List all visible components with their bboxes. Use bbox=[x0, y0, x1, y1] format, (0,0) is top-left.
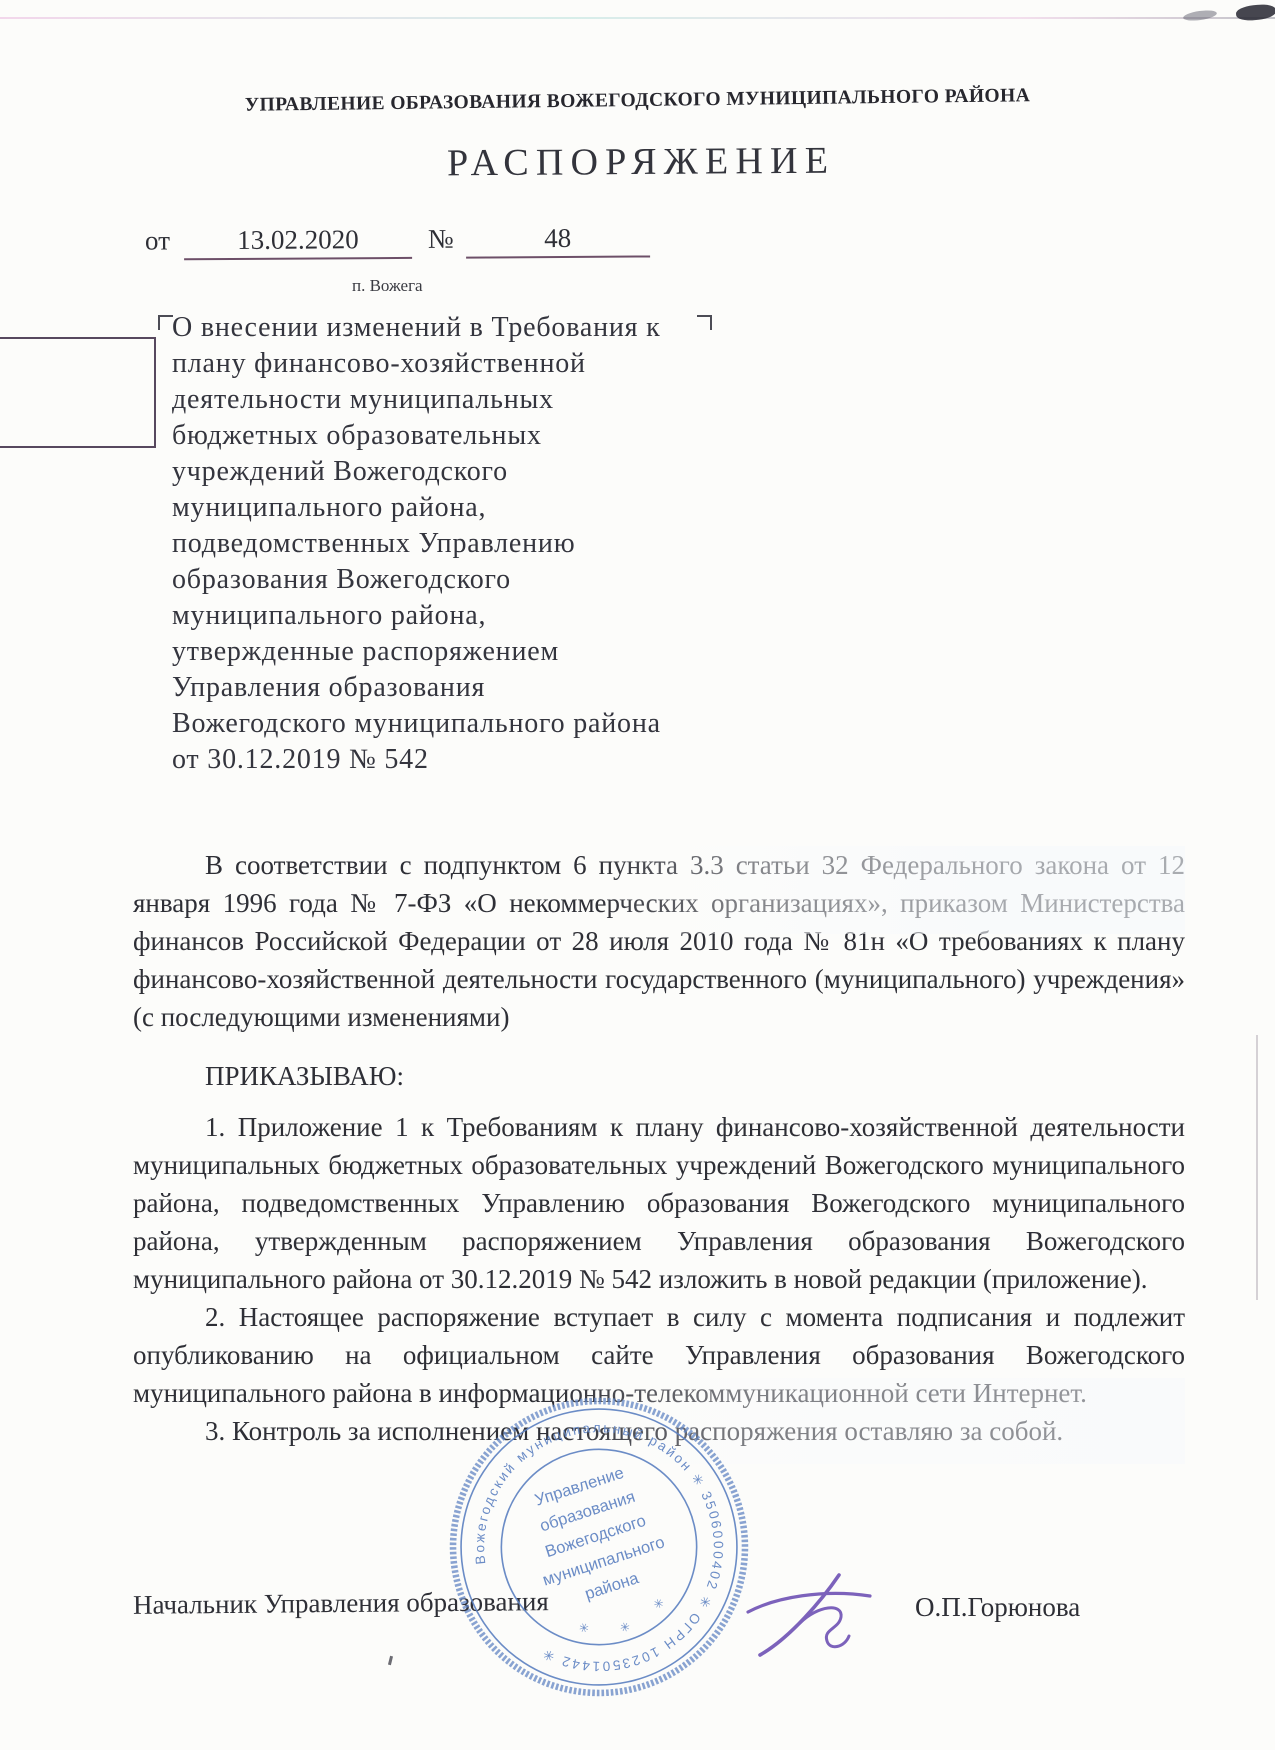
preamble-paragraph: В соответствии с подпунктом 6 пункта 3.3… bbox=[133, 846, 1185, 1036]
scan-smudge-artifact bbox=[1183, 9, 1218, 23]
requisites-row: от13.02.2020№48 bbox=[145, 222, 650, 260]
date-label: от bbox=[145, 225, 170, 256]
official-stamp: Вожегодский муниципальный район ✳ 350600… bbox=[448, 1396, 750, 1698]
approval-mark-box bbox=[0, 337, 156, 448]
organization-name: УПРАВЛЕНИЕ ОБРАЗОВАНИЯ ВОЖЕГОДСКОГО МУНИ… bbox=[0, 82, 1275, 120]
scanned-document-page: УПРАВЛЕНИЕ ОБРАЗОВАНИЯ ВОЖЕГОДСКОГО МУНИ… bbox=[0, 0, 1275, 1750]
order-keyword: ПРИКАЗЫВАЮ: bbox=[133, 1057, 1185, 1095]
scan-line-artifact bbox=[0, 17, 1275, 19]
order-item-1: 1. Приложение 1 к Требованиям к плану фи… bbox=[133, 1108, 1185, 1298]
scan-edge-line-artifact bbox=[1256, 1035, 1258, 1300]
scan-smudge-artifact bbox=[1235, 3, 1275, 22]
handwritten-signature bbox=[742, 1566, 880, 1666]
signatory-name: О.П.Горюнова bbox=[915, 1592, 1080, 1623]
scan-speck-artifact bbox=[388, 1656, 393, 1665]
place-name: п. Вожега bbox=[352, 276, 423, 296]
stamp-star-icon: ✳ bbox=[618, 1619, 632, 1635]
document-body: В соответствии с подпунктом 6 пункта 3.3… bbox=[133, 846, 1185, 1450]
stamp-outer-circle bbox=[448, 1396, 750, 1698]
signature-stroke bbox=[748, 1593, 870, 1612]
title-corner-open-mark bbox=[158, 315, 173, 330]
number-label: № bbox=[428, 224, 454, 255]
document-title-block: О внесении изменений в Требования к план… bbox=[172, 310, 762, 778]
document-type-title: РАСПОРЯЖЕНИЕ bbox=[0, 136, 1275, 189]
stamp-star-icon: ✳ bbox=[652, 1596, 666, 1612]
date-value: 13.02.2020 bbox=[184, 224, 412, 260]
order-item-2: 2. Настоящее распоряжение вступает в сил… bbox=[133, 1298, 1185, 1412]
stamp-outer-rim bbox=[448, 1396, 750, 1698]
stamp-star-icon: ✳ bbox=[577, 1620, 591, 1636]
stamp-center-text: Управление образования Вожегодского муни… bbox=[516, 1458, 688, 1654]
number-value: 48 bbox=[466, 222, 650, 258]
